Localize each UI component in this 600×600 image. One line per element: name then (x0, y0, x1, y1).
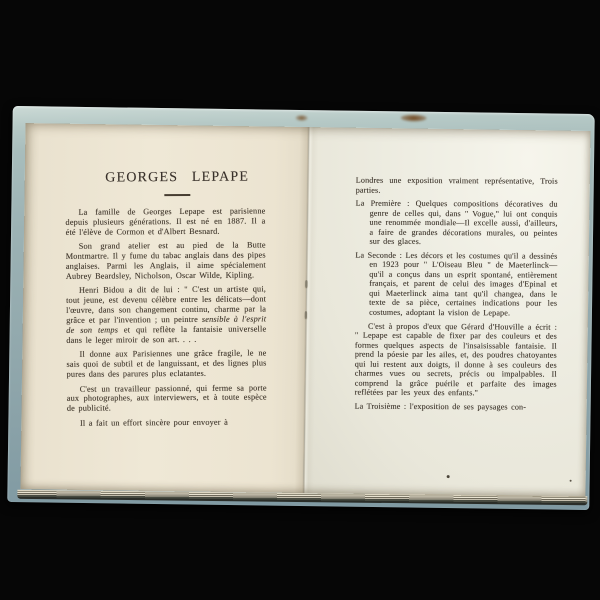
list-item: La Troisième : l'exposition de ses paysa… (355, 401, 557, 412)
paragraph: Il donne aux Parisiennes une grâce fragi… (66, 349, 266, 380)
foxing-spot (296, 115, 308, 121)
foxing-spot (401, 114, 427, 121)
page-title: GEORGES LEPAPE (77, 170, 277, 185)
staple-bottom (304, 311, 306, 318)
item-label: La Troisième : (355, 401, 407, 410)
item-text: Les décors et les costumes qu'il a dessi… (369, 251, 557, 318)
ink-speck (447, 475, 450, 478)
item-label: La Première : (356, 199, 410, 208)
paragraph: Son grand atelier est au pied de la Butt… (66, 241, 266, 282)
item-label: La Seconde : (355, 251, 402, 260)
page-heading-block: GEORGES LEPAPE (77, 170, 277, 196)
paragraph: C'est à propos d'eux que Gérard d'Houvil… (355, 321, 557, 398)
item-text: l'exposition de ses paysages con- (410, 402, 526, 412)
photo-backdrop: GEORGES LEPAPE La famille de Georges Lep… (0, 0, 600, 600)
ink-speck (570, 480, 572, 482)
paragraph: Henri Bidou a dit de lui : '' C'est un a… (66, 285, 266, 346)
paragraph: Londres une exposition vraiment représen… (356, 176, 558, 196)
right-page-text: Londres une exposition vraiment représen… (355, 176, 558, 416)
staple-top (305, 280, 307, 287)
list-item: La Première : Quelques compositions déco… (355, 199, 557, 248)
paragraph: La famille de Georges Lepape est parisie… (65, 206, 265, 237)
paragraph: C'est un travailleur passionné, qui ferm… (67, 383, 267, 414)
book: GEORGES LEPAPE La famille de Georges Lep… (7, 106, 594, 510)
left-page-text: GEORGES LEPAPE La famille de Georges Lep… (65, 170, 267, 433)
list-item: La Seconde : Les décors et les costumes … (355, 251, 557, 319)
heading-rule (164, 194, 190, 196)
paragraph: Il a fait un effort sincère pour envoyer… (67, 417, 267, 428)
